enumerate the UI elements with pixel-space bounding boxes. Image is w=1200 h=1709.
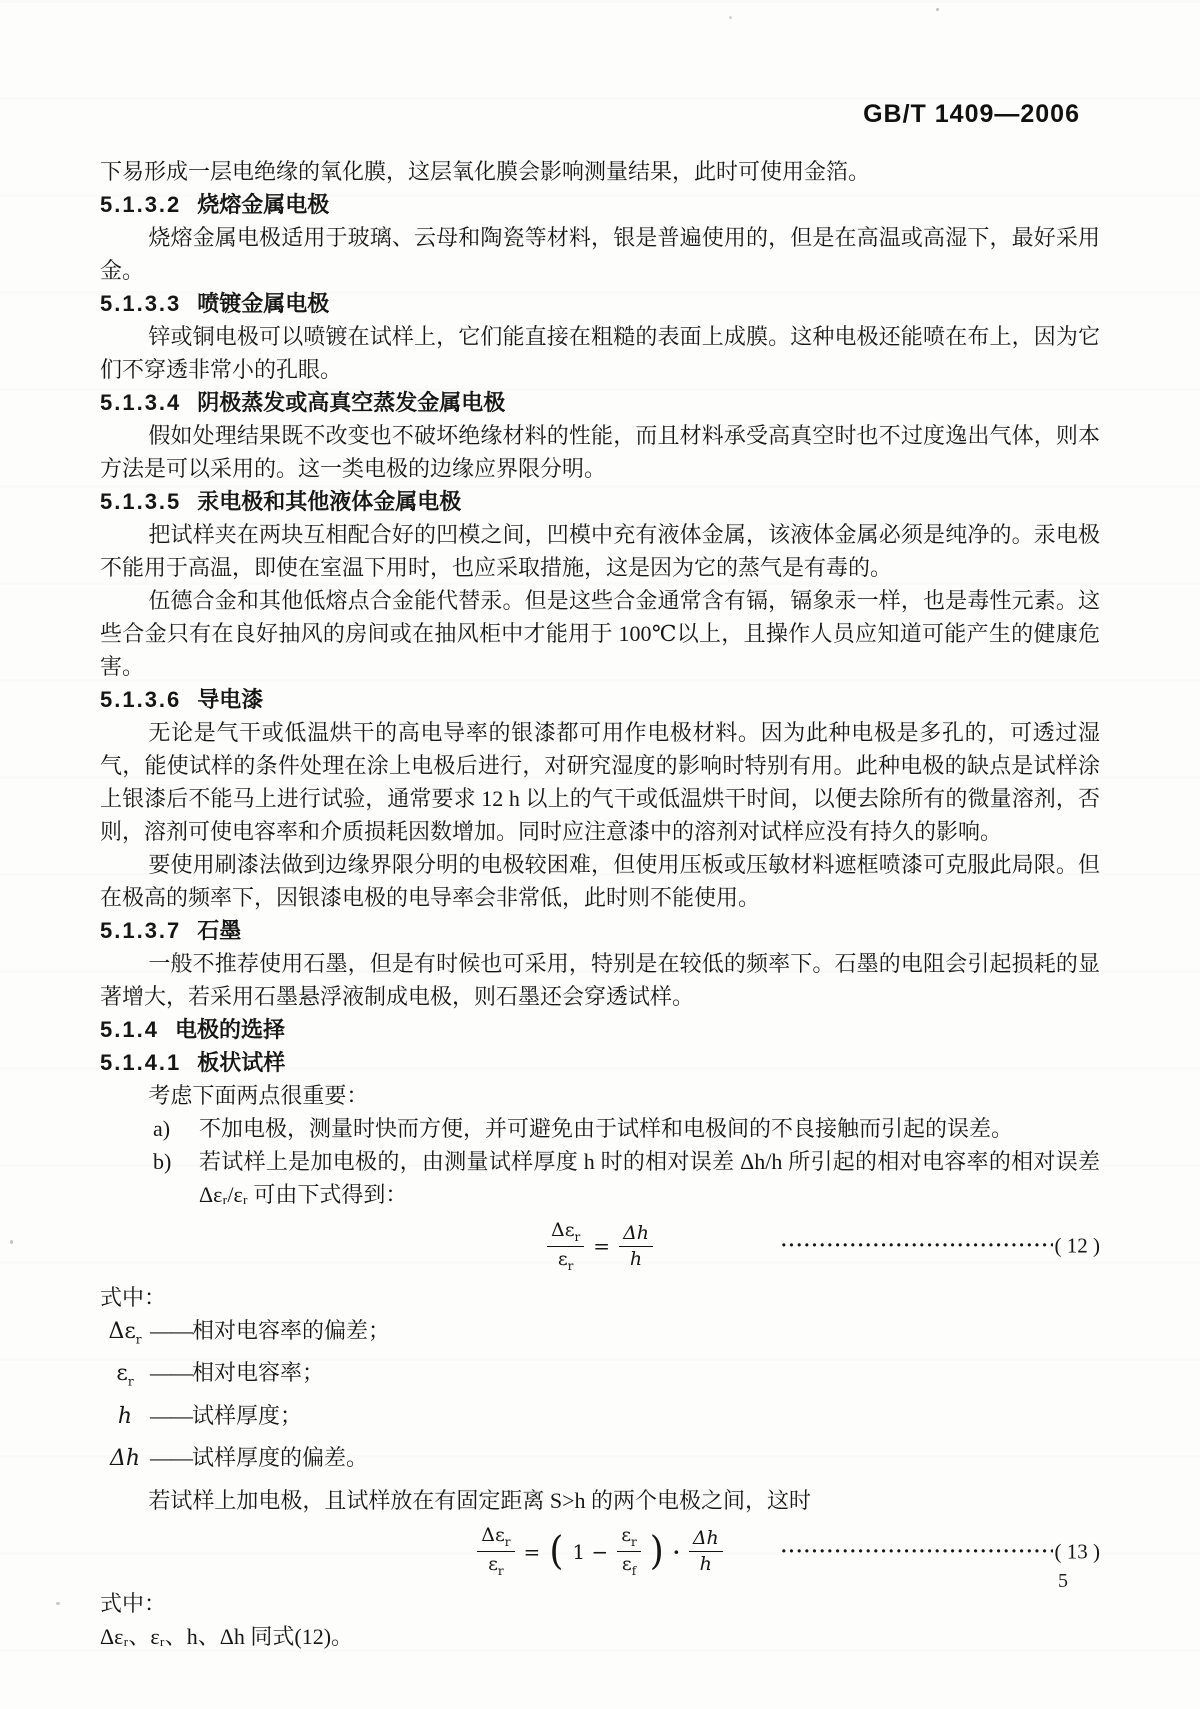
formula-leader: ···································· ( 1… xyxy=(781,1535,1101,1568)
formula-12-expression: Δεr εr = Δh h xyxy=(547,1220,653,1273)
formula-12: Δεr εr = Δh h ··························… xyxy=(100,1220,1100,1272)
heading-number: 5.1.3.6 xyxy=(100,687,181,712)
dot-leader: ···································· xyxy=(781,1535,1053,1568)
heading-title: 阴极蒸发或高真空蒸发金属电极 xyxy=(197,390,505,415)
heading-title: 石墨 xyxy=(197,918,241,943)
symbol: Δh xyxy=(100,1442,150,1483)
heading-title: 板状试样 xyxy=(197,1050,285,1075)
heading-title: 电极的选择 xyxy=(175,1017,285,1042)
list-text: 不加电极，测量时快而方便，并可避免由于试样和电极间的不良接触而引起的误差。 xyxy=(199,1116,1013,1141)
symbol: εr xyxy=(100,1357,150,1398)
formula-13-expression: Δεr εr = ( 1 − εr εf ) · Δh h xyxy=(477,1525,723,1578)
equals-sign: = xyxy=(524,1542,541,1562)
symbol: h xyxy=(100,1400,150,1441)
formula-number: ( 13 ) xyxy=(1055,1535,1101,1568)
equals-sign: = xyxy=(593,1236,610,1256)
list-item-b: b)若试样上是加电极的，由测量试样厚度 h 时的相对误差 Δh/h 所引起的相对… xyxy=(100,1145,1100,1211)
heading-title: 导电漆 xyxy=(197,687,263,712)
scan-speck xyxy=(10,1240,13,1244)
fraction-epsilon-r-over-epsilon-f: εr εf xyxy=(617,1525,641,1578)
definition-text: 试样厚度的偏差。 xyxy=(192,1445,368,1470)
definition-row: Δεr——相对电容率的偏差； xyxy=(100,1314,1100,1356)
fraction-delta-epsilon-over-epsilon: Δεr εr xyxy=(477,1525,514,1578)
where-label: 式中： xyxy=(100,1281,1100,1314)
paragraph: 一般不推荐使用石墨，但是有时候也可采用，特别是在较低的频率下。石墨的电阻会引起损… xyxy=(100,947,1100,1013)
heading-number: 5.1.4 xyxy=(100,1017,159,1042)
open-parenthesis: ( xyxy=(549,1532,563,1572)
dot-leader: ···································· xyxy=(781,1230,1053,1263)
scan-speck xyxy=(936,8,939,11)
heading-title: 喷镀金属电极 xyxy=(197,291,329,316)
list-item-a: a)不加电极，测量时快而方便，并可避免由于试样和电极间的不良接触而引起的误差。 xyxy=(100,1112,1100,1145)
document-page: GB/T 1409—2006 下易形成一层电绝缘的氧化膜，这层氧化膜会影响测量结… xyxy=(0,0,1200,1709)
definition-row: εr——相对电容率； xyxy=(100,1356,1100,1398)
definition-dash: —— xyxy=(150,1318,192,1343)
definition-text: 相对电容率的偏差； xyxy=(192,1318,390,1343)
list-text: 若试样上是加电极的，由测量试样厚度 h 时的相对误差 Δh/h 所引起的相对电容… xyxy=(199,1149,1100,1207)
page-number: 5 xyxy=(1058,1570,1068,1593)
close-parenthesis: ) xyxy=(650,1532,664,1572)
paragraph: 假如处理结果既不改变也不破坏绝缘材料的性能，而且材料承受高真空时也不过度逸出气体… xyxy=(100,419,1100,485)
list-marker: b) xyxy=(153,1145,171,1178)
paragraph: 要使用刷漆法做到边缘界限分明的电极较困难，但使用压板或压敏材料遮框喷漆可克服此局… xyxy=(100,848,1100,914)
heading-title: 烧熔金属电极 xyxy=(197,192,329,217)
heading-number: 5.1.3.7 xyxy=(100,918,181,943)
fraction-delta-h-over-h: Δh h xyxy=(619,1223,653,1270)
heading-number: 5.1.3.3 xyxy=(100,291,181,316)
standard-code-header: GB/T 1409—2006 xyxy=(863,100,1080,129)
same-as-formula-12-note: Δεᵣ、εᵣ、h、Δh 同式(12)。 xyxy=(100,1620,1100,1653)
heading-number: 5.1.3.4 xyxy=(100,390,181,415)
paragraph: 伍德合金和其他低熔点合金能代替汞。但是这些合金通常含有镉，镉象汞一样，也是毒性元… xyxy=(100,584,1100,683)
list-marker: a) xyxy=(153,1112,170,1145)
definition-row: Δh——试样厚度的偏差。 xyxy=(100,1441,1100,1483)
definition-text: 试样厚度； xyxy=(192,1403,302,1428)
definition-row: h——试样厚度； xyxy=(100,1399,1100,1441)
heading-5-1-3-2: 5.1.3.2烧熔金属电极 xyxy=(100,188,1100,221)
scan-speck xyxy=(56,1602,60,1605)
definition-dash: —— xyxy=(150,1360,192,1385)
heading-5-1-3-3: 5.1.3.3喷镀金属电极 xyxy=(100,287,1100,320)
paragraph-continued: 下易形成一层电绝缘的氧化膜，这层氧化膜会影响测量结果，此时可使用金箔。 xyxy=(100,155,1100,188)
scan-speck xyxy=(729,16,732,19)
heading-5-1-3-7: 5.1.3.7石墨 xyxy=(100,914,1100,947)
definition-dash: —— xyxy=(150,1403,192,1428)
one-minus: 1 − xyxy=(572,1542,608,1562)
definition-dash: —— xyxy=(150,1445,192,1470)
multiplication-dot: · xyxy=(673,1542,680,1562)
paragraph: 若试样上加电极，且试样放在有固定距离 S>h 的两个电极之间，这时 xyxy=(100,1484,1100,1517)
heading-5-1-4-1: 5.1.4.1板状试样 xyxy=(100,1046,1100,1079)
heading-number: 5.1.3.2 xyxy=(100,192,181,217)
paragraph: 无论是气干或低温烘干的高电导率的银漆都可用作电极材料。因为此种电极是多孔的，可透… xyxy=(100,716,1100,848)
paragraph: 考虑下面两点很重要： xyxy=(100,1079,1100,1112)
symbol: Δεr xyxy=(100,1315,150,1356)
heading-5-1-3-4: 5.1.3.4阴极蒸发或高真空蒸发金属电极 xyxy=(100,386,1100,419)
formula-13: Δεr εr = ( 1 − εr εf ) · Δh h ··········… xyxy=(100,1526,1100,1578)
fraction-delta-epsilon-over-epsilon: Δεr εr xyxy=(547,1220,584,1273)
fraction-delta-h-over-h: Δh h xyxy=(689,1528,723,1575)
paragraph: 把试样夹在两块互相配合好的凹模之间，凹模中充有液体金属，该液体金属必须是纯净的。… xyxy=(100,518,1100,584)
heading-title: 汞电极和其他液体金属电极 xyxy=(197,489,461,514)
definition-text: 相对电容率； xyxy=(192,1360,324,1385)
where-label: 式中： xyxy=(100,1587,1100,1620)
formula-leader: ···································· ( 1… xyxy=(781,1230,1101,1263)
heading-number: 5.1.4.1 xyxy=(100,1050,181,1075)
page-body: 下易形成一层电绝缘的氧化膜，这层氧化膜会影响测量结果，此时可使用金箔。 5.1.… xyxy=(100,155,1100,1653)
paragraph: 锌或铜电极可以喷镀在试样上，它们能直接在粗糙的表面上成膜。这种电极还能喷在布上，… xyxy=(100,320,1100,386)
heading-number: 5.1.3.5 xyxy=(100,489,181,514)
heading-5-1-4: 5.1.4电极的选择 xyxy=(100,1013,1100,1046)
paragraph: 烧熔金属电极适用于玻璃、云母和陶瓷等材料，银是普遍使用的，但是在高温或高湿下，最… xyxy=(100,221,1100,287)
formula-number: ( 12 ) xyxy=(1055,1230,1101,1263)
heading-5-1-3-5: 5.1.3.5汞电极和其他液体金属电极 xyxy=(100,485,1100,518)
heading-5-1-3-6: 5.1.3.6导电漆 xyxy=(100,683,1100,716)
